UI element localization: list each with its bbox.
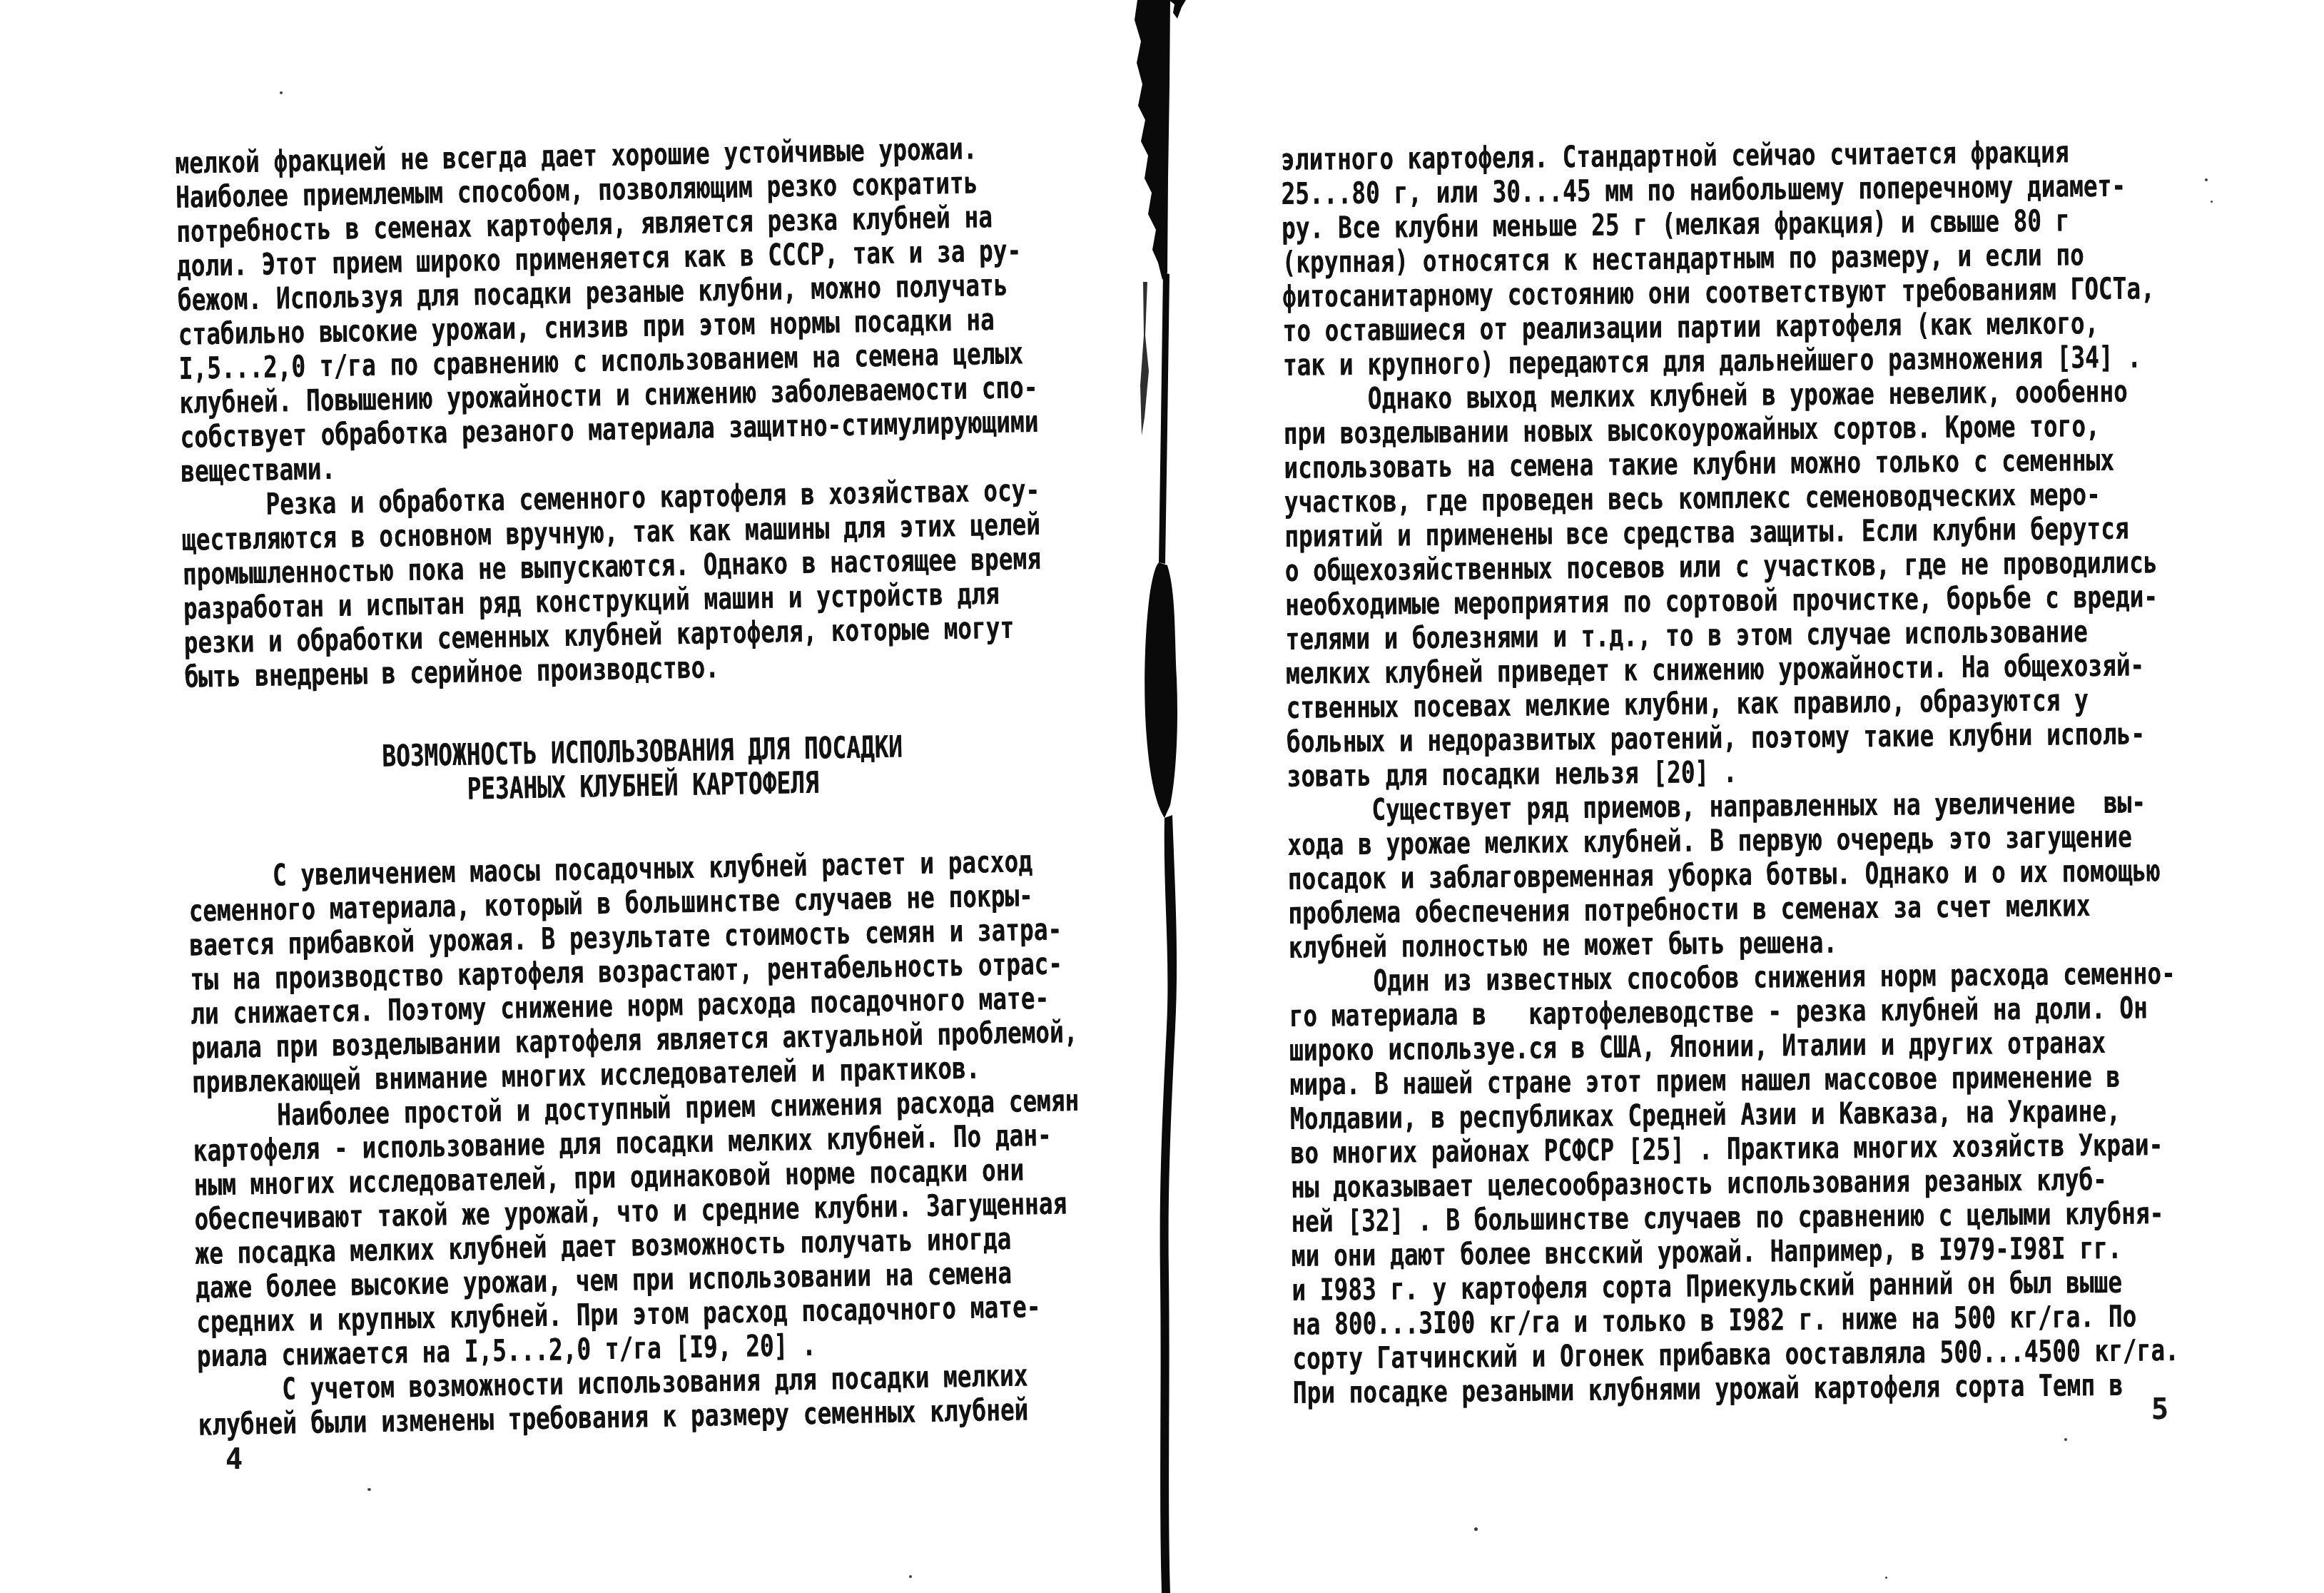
scan-speck [2211, 201, 2213, 203]
scan-speck [1885, 1577, 1887, 1579]
scan-speck [280, 91, 283, 94]
page-right: элитного картофеля. Стандартной сейчао с… [1281, 134, 2206, 1410]
scan-speck [1474, 1527, 1478, 1531]
scan-speck [367, 1488, 371, 1491]
page-right-text: элитного картофеля. Стандартной сейчао с… [1281, 134, 2206, 1410]
page-left: мелкой фракцией не всегда дает хорошие у… [175, 130, 1111, 1442]
page-left-text: мелкой фракцией не всегда дает хорошие у… [175, 130, 1111, 1442]
scan-speck [909, 1575, 912, 1578]
scan-speck [2205, 178, 2208, 181]
page-number-left: 4 [225, 1443, 243, 1476]
scanned-book-spread: { "left_page": { "page_number": "4", "li… [0, 0, 2324, 1593]
scan-speck [2064, 1438, 2067, 1441]
page-number-right: 5 [2151, 1393, 2168, 1426]
